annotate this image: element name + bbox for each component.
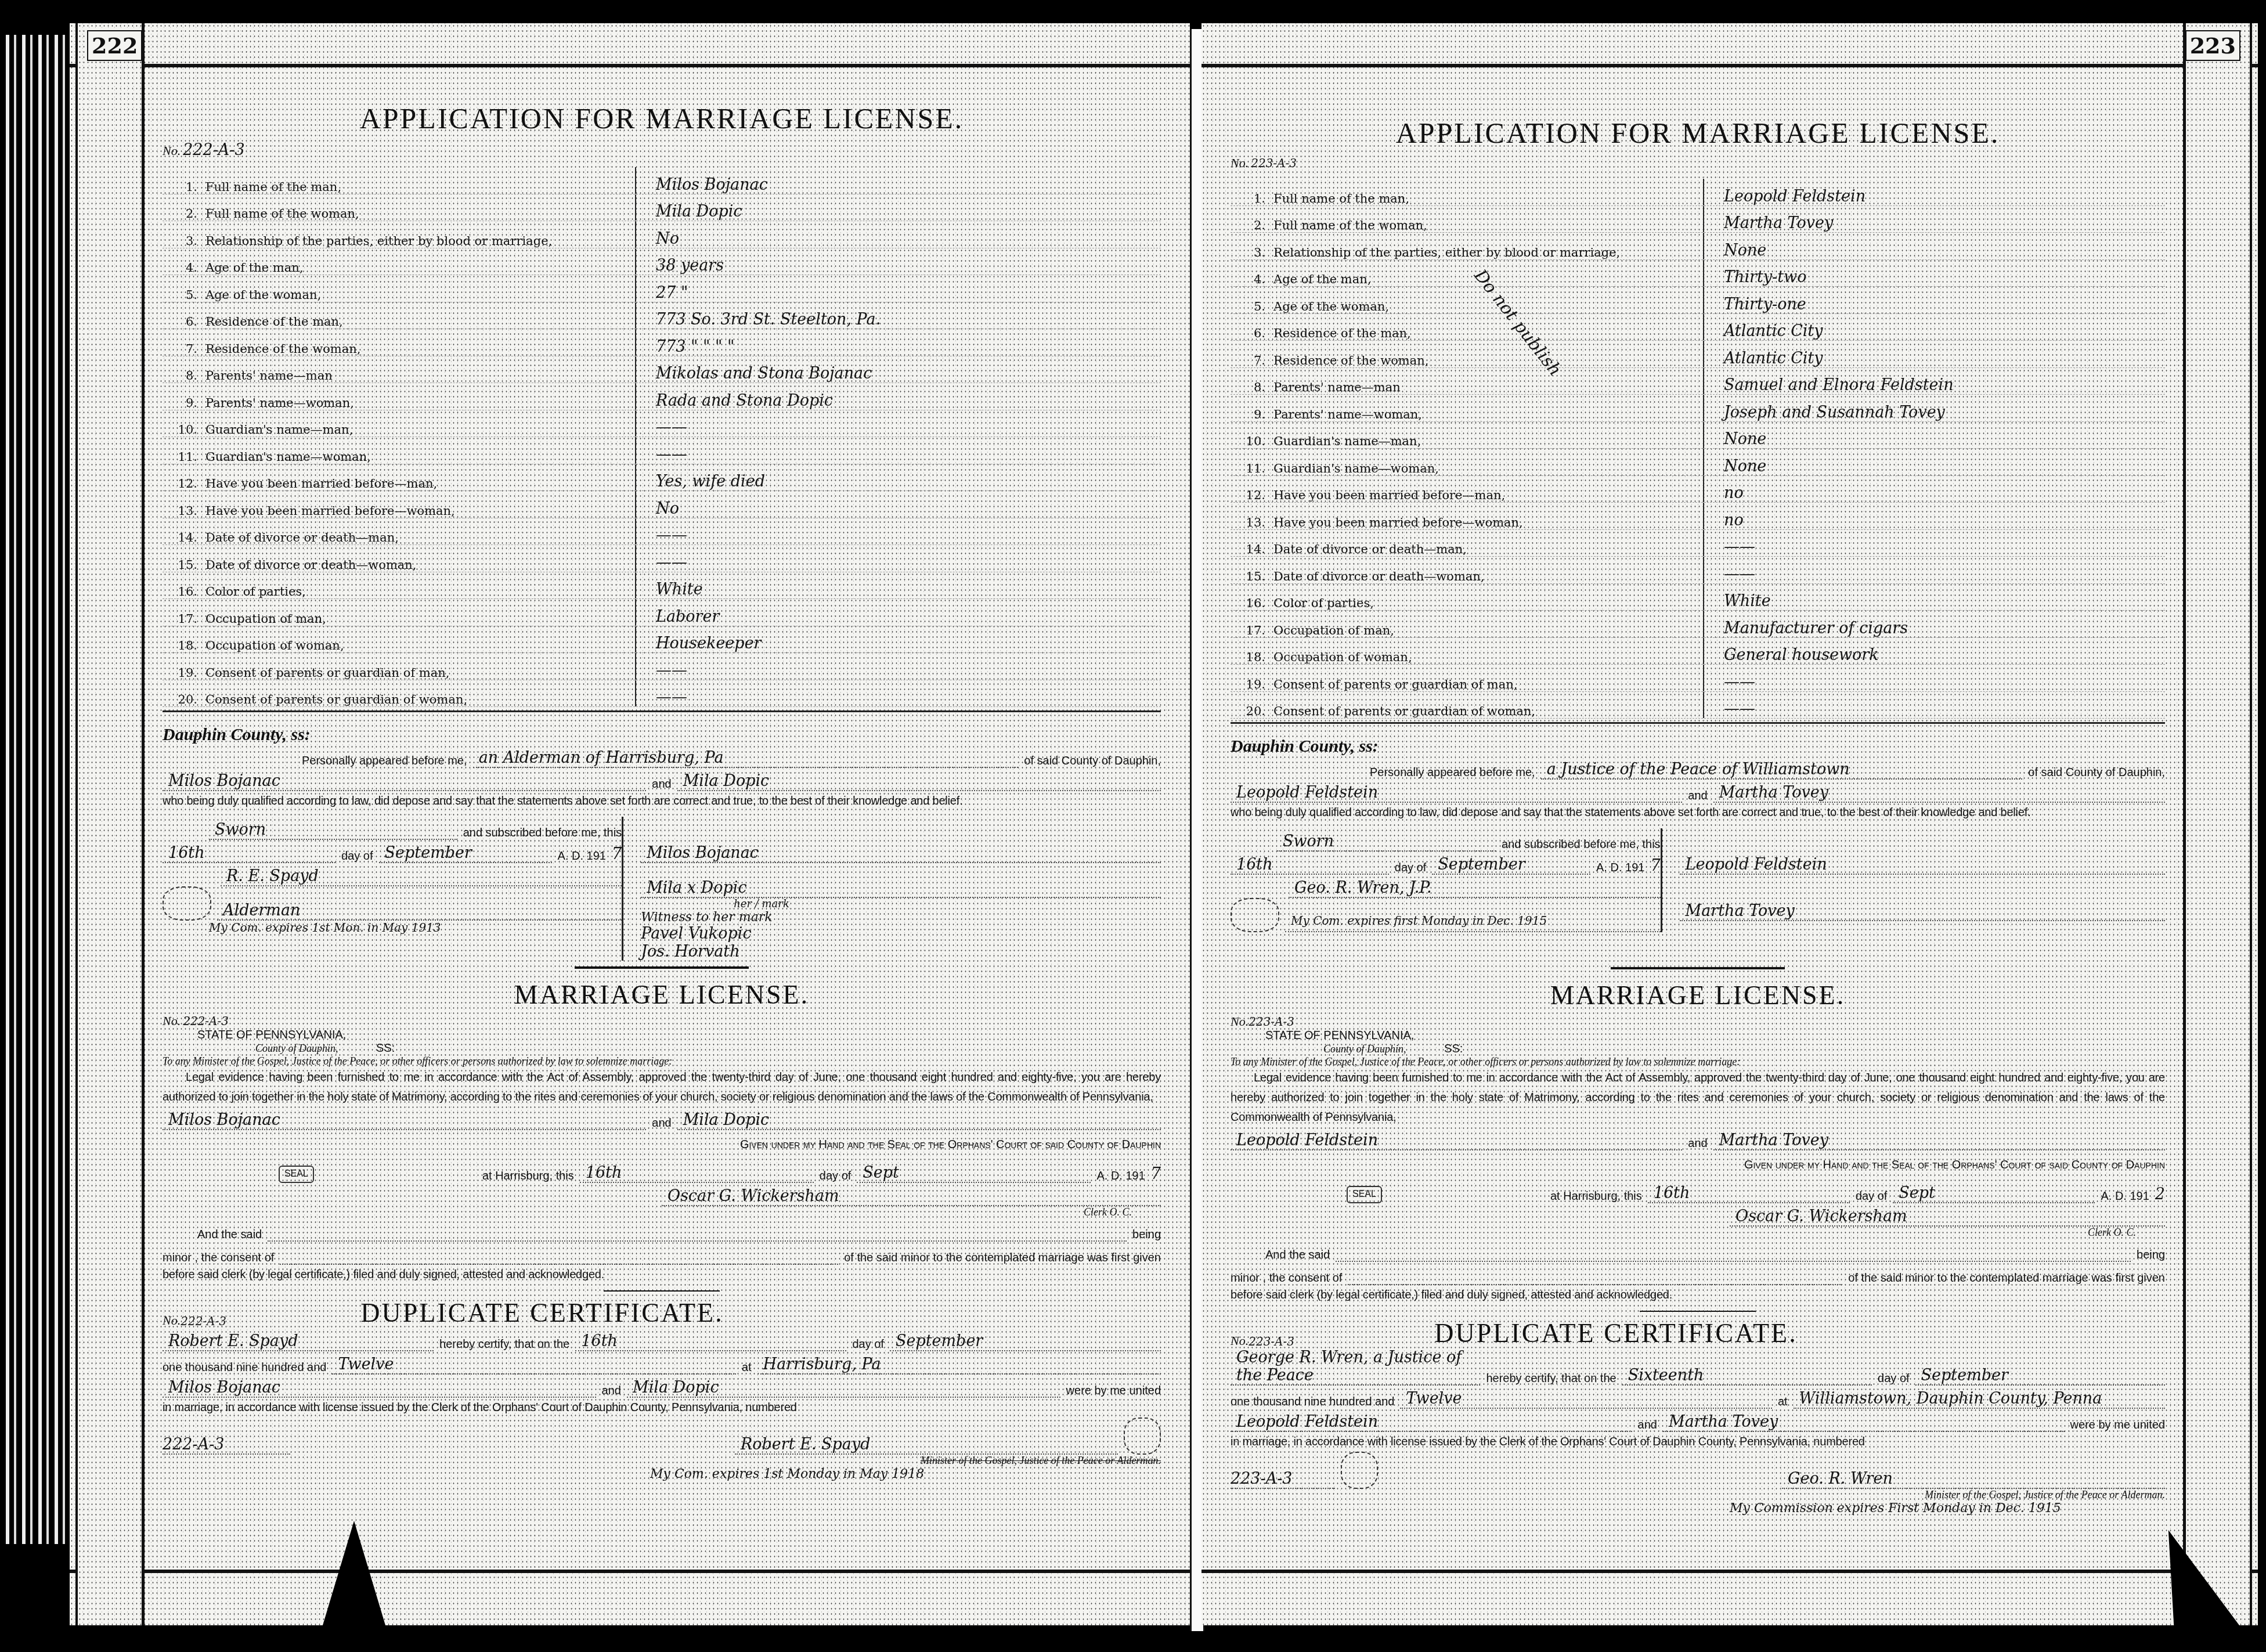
officer-signature: R. E. Spayd [221,867,622,886]
application-row: 18.Occupation of woman,Housekeeper [163,626,1161,654]
application-row: 7.Residence of the woman,773 " " " " [163,329,1161,356]
question-number: 2. [163,207,205,221]
question-label: Guardian's name—woman, [205,450,635,464]
application-row: 19.Consent of parents or guardian of man… [1231,665,2165,692]
answer-value: Laborer [635,599,1161,626]
application-row: 12.Have you been married before—man,Yes,… [163,464,1161,492]
sworn-block: Swornand subscribed before me, this 16th… [163,817,1161,961]
official-seal-icon [1124,1417,1161,1455]
question-number: 8. [1231,380,1273,394]
notary-seal-icon [163,886,211,921]
application-row: 8.Parents' name—manMikolas and Stona Boj… [163,356,1161,384]
answer-value: None [1703,233,2165,259]
question-label: Date of divorce or death—man, [1273,542,1703,556]
officer-signature: Geo. R. Wren, J.P. [1289,879,1661,898]
question-label: Residence of the man, [1273,326,1703,340]
answer-value: Thirty-one [1703,287,2165,313]
application-row: 19.Consent of parents or guardian of man… [163,653,1161,680]
application-row: 15.Date of divorce or death—woman,—— [163,545,1161,572]
application-row: 17.Occupation of man,Laborer [163,599,1161,626]
answer-value: 27 " [635,275,1161,302]
question-label: Full name of the woman, [1273,218,1703,232]
answer-value: Samuel and Elnora Feldstein [1703,368,2165,395]
application-number: No. 222-A-3 [163,141,1161,159]
question-number: 19. [163,666,205,680]
application-row: 1.Full name of the man,Milos Bojanac [163,167,1161,194]
application-table: 1.Full name of the man,Milos Bojanac2.Fu… [163,167,1161,707]
application-row: 17.Occupation of man,Manufacturer of cig… [1231,611,2165,638]
license-number: No. 222-A-3 [163,1013,1161,1029]
answer-value: —— [635,653,1161,680]
margin-column [2183,23,2252,1625]
page-number: 223 [2185,30,2240,61]
question-number: 17. [163,612,205,626]
question-number: 20. [1231,704,1273,718]
application-title: APPLICATION FOR MARRIAGE LICENSE. [1231,116,2165,150]
application-row: 10.Guardian's name—man,None [1231,422,2165,449]
answer-value: —— [635,518,1161,545]
question-number: 12. [163,477,205,490]
appeared-line: Personally appeared before me, an Alderm… [163,745,1161,768]
answer-value: Martha Tovey [1703,206,2165,233]
question-label: Relationship of the parties, either by b… [205,234,635,248]
application-row: 16.Color of parties,White [1231,584,2165,611]
question-number: 18. [1231,650,1273,664]
answer-value: —— [635,410,1161,437]
application-row: 13.Have you been married before—woman,no [1231,503,2165,530]
application-row: 20.Consent of parents or guardian of wom… [1231,692,2165,719]
question-number: 7. [163,342,205,356]
page-number: 222 [87,30,142,61]
answer-value: Manufacturer of cigars [1703,611,2165,637]
woman-signature: Martha Tovey [1680,902,2165,921]
question-label: Consent of parents or guardian of woman, [205,692,635,706]
application-number: No. 223-A-3 [1231,156,2165,171]
question-label: Color of parties, [1273,596,1703,610]
question-number: 14. [163,531,205,544]
question-label: Relationship of the parties, either by b… [1273,246,1703,259]
application-row: 2.Full name of the woman,Mila Dopic [163,194,1161,222]
question-label: Parents' name—woman, [205,396,635,410]
parties-line: Milos Bojanac and Mila Dopic [163,768,1161,791]
application-row: 18.Occupation of woman,General housework [1231,638,2165,665]
question-label: Parents' name—woman, [1273,407,1703,421]
application-row: 5.Age of the woman,Thirty-one [1231,287,2165,314]
answer-value: Thirty-two [1703,260,2165,287]
question-label: Full name of the man, [205,180,635,194]
question-number: 6. [163,315,205,329]
question-number: 6. [1231,326,1273,340]
question-label: Age of the woman, [205,288,635,302]
answer-value: None [1703,422,2165,449]
woman-signature: Mila x Dopic [641,879,1161,898]
answer-value: 38 years [635,248,1161,275]
clerk-signature: Oscar G. Wickersham [1730,1207,2165,1227]
question-number: 7. [1231,354,1273,367]
question-label: Have you been married before—woman, [205,504,635,518]
answer-value: 773 So. 3rd St. Steelton, Pa. [635,302,1161,329]
question-number: 14. [1231,542,1273,556]
court-seal: SEAL [279,1166,314,1183]
answer-value: Rada and Stona Dopic [635,383,1161,410]
answer-value: None [1703,449,2165,475]
answer-value: 773 " " " " [635,329,1161,356]
left-page: 222 APPLICATION FOR MARRIAGE LICENSE. No… [70,23,1190,1625]
question-label: Have you been married before—man, [1273,488,1703,502]
answer-value: Mila Dopic [635,194,1161,221]
question-number: 16. [163,585,205,598]
answer-value: —— [635,545,1161,572]
answer-value: White [1703,584,2165,611]
question-label: Guardian's name—woman, [1273,461,1703,475]
question-label: Residence of the woman, [205,342,635,356]
answer-value: No [635,491,1161,518]
question-number: 12. [1231,488,1273,502]
question-label: Residence of the man, [205,315,635,329]
answer-value: Milos Bojanac [635,167,1161,194]
right-content: APPLICATION FOR MARRIAGE LICENSE. No. 22… [1231,70,2165,1570]
question-number: 20. [163,692,205,706]
answer-value: —— [635,680,1161,707]
application-row: 11.Guardian's name—woman,—— [163,437,1161,464]
bottom-rule [70,1570,1190,1625]
application-row: 1.Full name of the man,Leopold Feldstein [1231,179,2165,206]
answer-value: —— [1703,557,2165,583]
question-label: Consent of parents or guardian of man, [1273,677,1703,691]
question-label: Occupation of woman, [205,639,635,652]
question-number: 9. [163,396,205,410]
application-row: 9.Parents' name—woman,Joseph and Susanna… [1231,395,2165,422]
question-label: Parents' name—man [205,369,635,383]
application-row: 10.Guardian's name—man,—— [163,410,1161,438]
license-title: MARRIAGE LICENSE. [163,979,1161,1010]
question-number: 19. [1231,677,1273,691]
question-label: Parents' name—man [1273,380,1703,394]
margin-column [75,23,145,1625]
question-label: Guardian's name—man, [1273,434,1703,448]
question-number: 13. [1231,515,1273,529]
man-signature: Milos Bojanac [641,844,1161,863]
man-signature: Leopold Feldstein [1680,856,2165,875]
application-row: 7.Residence of the woman,Atlantic City [1231,341,2165,368]
application-row: 6.Residence of the man,773 So. 3rd St. S… [163,302,1161,330]
question-label: Consent of parents or guardian of man, [205,666,635,680]
question-number: 18. [163,639,205,652]
man-name-field: Milos Bojanac [163,772,646,791]
question-number: 3. [163,234,205,248]
application-row: 20.Consent of parents or guardian of wom… [163,680,1161,708]
question-number: 3. [1231,246,1273,259]
deposition-text: who being duly qualified according to la… [163,791,1161,811]
answer-value: Joseph and Susannah Tovey [1703,395,2165,421]
top-rule [70,23,1190,67]
question-number: 1. [1231,192,1273,205]
question-label: Full name of the man, [1273,192,1703,205]
question-number: 1. [163,180,205,194]
question-number: 11. [163,450,205,464]
application-row: 3.Relationship of the parties, either by… [1231,233,2165,260]
application-row: 9.Parents' name—woman,Rada and Stona Dop… [163,383,1161,410]
question-label: Occupation of man, [1273,623,1703,637]
question-number: 9. [1231,407,1273,421]
question-number: 8. [163,369,205,383]
answer-value: Yes, wife died [635,464,1161,491]
answer-value: —— [1703,692,2165,719]
question-number: 4. [163,261,205,275]
question-label: Date of divorce or death—woman, [1273,569,1703,583]
application-row: 13.Have you been married before—woman,No [163,491,1161,518]
answer-value: Leopold Feldstein [1703,179,2165,205]
woman-name-field: Mila Dopic [677,772,1161,791]
question-number: 5. [163,288,205,302]
license-title: MARRIAGE LICENSE. [1231,980,2165,1011]
application-row: 4.Age of the man,38 years [163,248,1161,276]
question-label: Guardian's name—man, [205,423,635,437]
question-number: 17. [1231,623,1273,637]
left-content: APPLICATION FOR MARRIAGE LICENSE. No. 22… [163,70,1161,1570]
court-seal: SEAL [1347,1186,1382,1203]
question-label: Full name of the woman, [205,207,635,221]
appeared-before-field: an Alderman of Harrisburg, Pa [473,749,1019,768]
answer-value: —— [1703,665,2165,691]
answer-value: Atlantic City [1703,314,2165,341]
answer-value: no [1703,476,2165,503]
application-row: 5.Age of the woman,27 " [163,275,1161,302]
official-seal-icon [1341,1452,1378,1489]
question-number: 15. [1231,569,1273,583]
duplicate-title: DUPLICATE CERTIFICATE. [360,1297,723,1328]
question-number: 5. [1231,300,1273,313]
application-row: 16.Color of parties,White [163,572,1161,600]
question-number: 10. [1231,434,1273,448]
answer-value: No [635,221,1161,248]
question-label: Residence of the woman, [1273,354,1703,367]
question-number: 16. [1231,596,1273,610]
book-page-edges [0,35,70,1544]
bookmark-clip [319,1521,389,1637]
application-row: 4.Age of the man,Thirty-two [1231,260,2165,287]
question-label: Age of the man, [205,261,635,275]
question-number: 4. [1231,272,1273,286]
county-heading: Dauphin County, ss: [163,725,1161,745]
answer-value: —— [1703,530,2165,557]
question-label: Have you been married before—man, [205,477,635,490]
answer-value: Housekeeper [635,626,1161,653]
witness-note: Witness to her mark [641,910,1161,925]
question-number: 2. [1231,218,1273,232]
application-row: 14.Date of divorce or death—man,—— [1231,530,2165,557]
question-number: 11. [1231,461,1273,475]
witness-1: Pavel Vukopic [641,925,1161,943]
application-row: 3.Relationship of the parties, either by… [163,221,1161,248]
question-label: Color of parties, [205,585,635,598]
answer-value: —— [635,437,1161,464]
question-number: 15. [163,558,205,572]
clerk-signature: Oscar G. Wickersham [662,1187,1161,1206]
question-label: Occupation of woman, [1273,650,1703,664]
question-number: 10. [163,423,205,437]
duplicate-title: DUPLICATE CERTIFICATE. [1434,1318,1797,1348]
answer-value: Atlantic City [1703,341,2165,367]
question-label: Occupation of man, [205,612,635,626]
application-row: 12.Have you been married before—man,no [1231,476,2165,503]
answer-value: Mikolas and Stona Bojanac [635,356,1161,383]
question-number: 13. [163,504,205,518]
county-heading: Dauphin County, ss: [1231,737,2165,756]
question-label: Date of divorce or death—man, [205,531,635,544]
application-table: Do not publish 1.Full name of the man,Le… [1231,179,2165,719]
answer-value: no [1703,503,2165,529]
application-row: 2.Full name of the woman,Martha Tovey [1231,206,2165,233]
question-label: Consent of parents or guardian of woman, [1273,704,1703,718]
question-label: Date of divorce or death—woman, [205,558,635,572]
application-row: 6.Residence of the man,Atlantic City [1231,314,2165,341]
application-row: 14.Date of divorce or death—man,—— [163,518,1161,546]
application-title: APPLICATION FOR MARRIAGE LICENSE. [163,102,1161,135]
application-row: 15.Date of divorce or death—woman,—— [1231,557,2165,584]
notary-seal-icon [1231,898,1279,932]
witness-2: Jos. Horvath [641,943,1161,961]
question-label: Have you been married before—woman, [1273,515,1703,529]
right-page: 223 APPLICATION FOR MARRIAGE LICENSE. No… [1201,23,2258,1625]
answer-value: White [635,572,1161,599]
application-row: 8.Parents' name—manSamuel and Elnora Fel… [1231,368,2165,395]
application-row: 11.Guardian's name—woman,None [1231,449,2165,476]
answer-value: General housework [1703,638,2165,665]
